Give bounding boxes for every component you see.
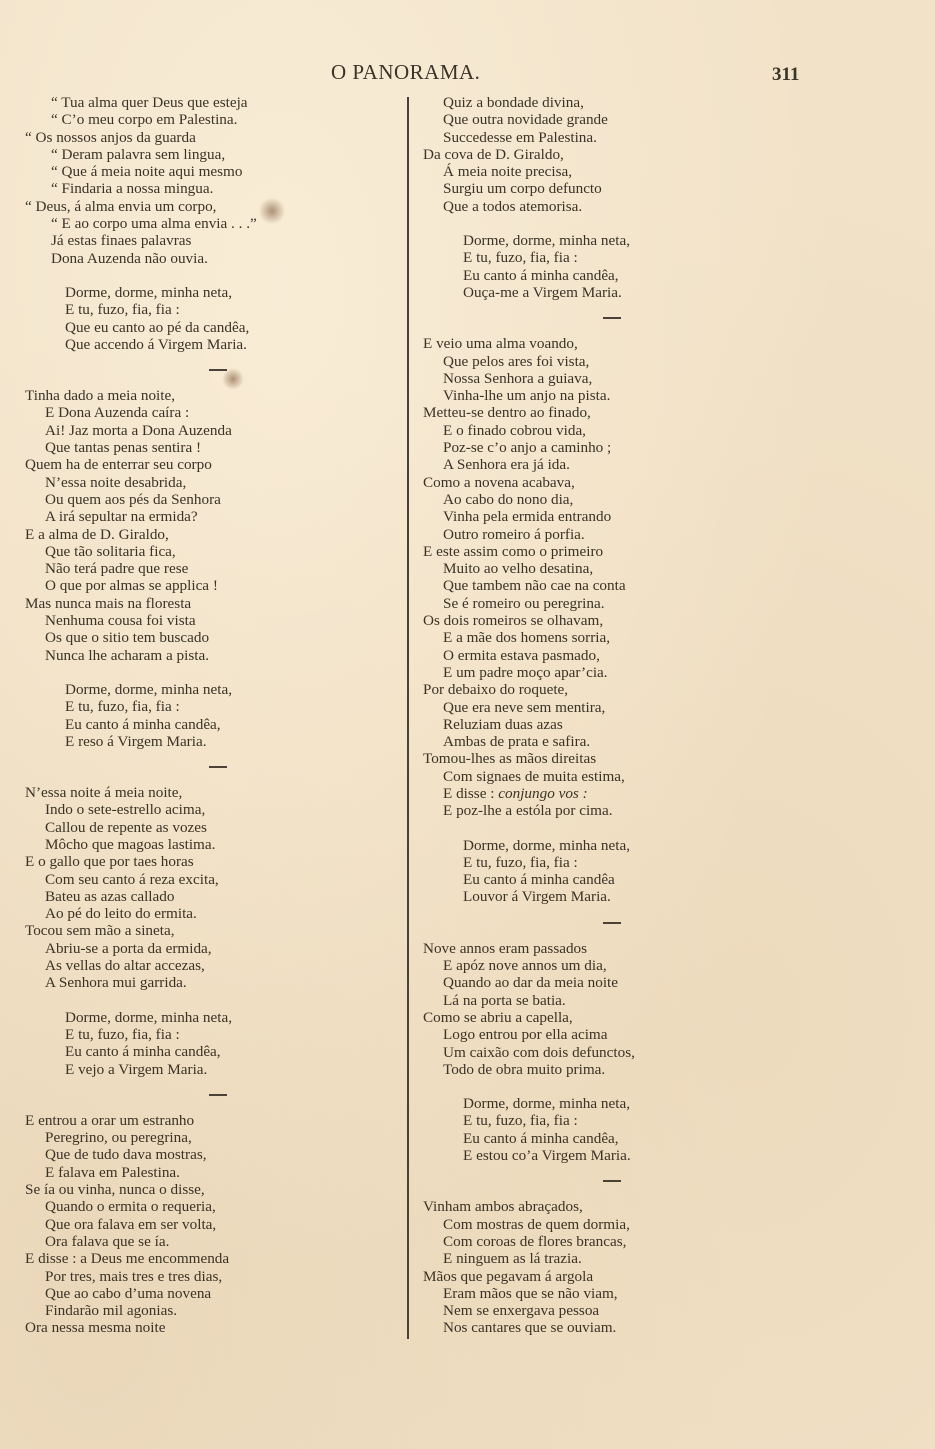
verse-text: Surgiu um corpo defuncto — [443, 180, 602, 197]
refrain-line: Eu canto á minha candêa, — [25, 716, 400, 733]
verse-text: E entrou a orar um estranho — [25, 1112, 194, 1129]
verse-line: “ C’o meu corpo em Palestina. — [25, 111, 400, 128]
verse-text: Á meia noite precisa, — [443, 163, 572, 180]
verse-line: E um padre moço apar’cia. — [423, 664, 823, 681]
verse-text: Que pelos ares foi vista, — [443, 353, 589, 370]
verse-text: Vinha-lhe um anjo na pista. — [443, 387, 610, 404]
verse-line: Por debaixo do roquete, — [423, 681, 823, 698]
verse-text: E o finado cobrou vida, — [443, 422, 586, 439]
verse-text: Nove annos eram passados — [423, 940, 587, 957]
verse-text: Nenhuma cousa foi vista — [45, 612, 196, 629]
verse-line: E o finado cobrou vida, — [423, 422, 823, 439]
verse-text: A Senhora mui garrida. — [45, 974, 187, 991]
verse-line: Um caixão com dois defunctos, — [423, 1044, 823, 1061]
verse-text: Muito ao velho desatina, — [443, 560, 593, 577]
verse-text: Que de tudo dava mostras, — [45, 1146, 207, 1163]
verse-line: Succedesse em Palestina. — [423, 129, 823, 146]
verse-text: Ai! Jaz morta a Dona Auzenda — [45, 422, 232, 439]
verse-line: “ E ao corpo uma alma envia . . .” — [25, 215, 400, 232]
verse-text: Ao pé do leito do ermita. — [45, 905, 197, 922]
verse-text: E disse : a Deus me encommenda — [25, 1250, 229, 1267]
refrain-line: Dorme, dorme, minha neta, — [25, 284, 400, 301]
verse-text: Eu canto á minha candêa, — [463, 1130, 619, 1147]
verse-text: E a alma de D. Giraldo, — [25, 526, 169, 543]
refrain-line: Eu canto á minha candêa, — [423, 1130, 823, 1147]
verse-line: E entrou a orar um estranho — [25, 1112, 400, 1129]
verse-text: Ambas de prata e safira. — [443, 733, 590, 750]
verse-line: Não terá padre que rese — [25, 560, 400, 577]
verse-text: Quando ao dar da meia noite — [443, 974, 618, 991]
running-head: O PANORAMA. — [331, 60, 480, 85]
verse-line: Eram mãos que se não viam, — [423, 1285, 823, 1302]
verse-line: O ermita estava pasmado, — [423, 647, 823, 664]
verse-line: Findarão mil agonias. — [25, 1302, 400, 1319]
refrain-line: Dorme, dorme, minha neta, — [25, 681, 400, 698]
verse-text: Dorme, dorme, minha neta, — [463, 232, 630, 249]
verse-line: Poz-se c’o anjo a caminho ; — [423, 439, 823, 456]
verse-text: Como se abriu a capella, — [423, 1009, 573, 1026]
refrain-line: Que accendo á Virgem Maria. — [25, 336, 400, 353]
verse-text: Que a todos atemorisa. — [443, 198, 582, 215]
verse-line: Os que o sitio tem buscado — [25, 629, 400, 646]
verse-line: Á meia noite precisa, — [423, 163, 823, 180]
verse-text: Já estas finaes palavras — [51, 232, 191, 249]
verse-text: Lá na porta se batia. — [443, 992, 566, 1009]
verse-line: Metteu-se dentro ao finado, — [423, 404, 823, 421]
refrain-line: Que eu canto ao pé da candêa, — [25, 319, 400, 336]
verse-line: Nenhuma cousa foi vista — [25, 612, 400, 629]
newspaper-page: O PANORAMA. 311 “ Tua alma quer Deus que… — [0, 0, 935, 1449]
verse-text: E Dona Auzenda caíra : — [45, 404, 189, 421]
verse-text: Nem se enxergava pessoa — [443, 1302, 599, 1319]
verse-text: E apóz nove annos um dia, — [443, 957, 607, 974]
verse-text: Ora nessa mesma noite — [25, 1319, 165, 1336]
verse-text: A Senhora era já ida. — [443, 456, 570, 473]
verse-text: E ninguem as lá trazia. — [443, 1250, 582, 1267]
verse-text: Ao cabo do nono dia, — [443, 491, 573, 508]
verse-line: Como a novena acabava, — [423, 474, 823, 491]
verse-text: Vinha pela ermida entrando — [443, 508, 611, 525]
refrain-line: Ouça-me a Virgem Maria. — [423, 284, 823, 301]
verse-text: Eu canto á minha candêa, — [65, 1043, 221, 1060]
verse-text: Nos cantares que se ouviam. — [443, 1319, 616, 1336]
verse-text: Que tambem não cae na conta — [443, 577, 626, 594]
verse-line: Todo de obra muito prima. — [423, 1061, 823, 1078]
verse-line: “ Deram palavra sem lingua, — [25, 146, 400, 163]
verse-text: Metteu-se dentro ao finado, — [423, 404, 591, 421]
verse-text: N’essa noite á meia noite, — [25, 784, 182, 801]
refrain-line: E tu, fuzo, fia, fia : — [25, 1026, 400, 1043]
verse-text: Dorme, dorme, minha neta, — [65, 681, 232, 698]
verse-line: Tocou sem mão a sineta, — [25, 922, 400, 939]
verse-text: E tu, fuzo, fia, fia : — [463, 1112, 578, 1129]
verse-line: Bateu as azas callado — [25, 888, 400, 905]
verse-text: Que eu canto ao pé da candêa, — [65, 319, 249, 336]
verse-text: Por tres, mais tres e tres dias, — [45, 1268, 222, 1285]
verse-text: Outro romeiro á porfia. — [443, 526, 585, 543]
verse-text: Nossa Senhora a guiava, — [443, 370, 592, 387]
verse-text: Ou quem aos pés da Senhora — [45, 491, 221, 508]
verse-line: Dona Auzenda não ouvia. — [25, 250, 400, 267]
refrain-line: Dorme, dorme, minha neta, — [423, 1095, 823, 1112]
left-column: “ Tua alma quer Deus que esteja“ C’o meu… — [25, 94, 400, 1337]
section-separator-rule — [423, 1164, 823, 1198]
verse-text: E um padre moço apar’cia. — [443, 664, 608, 681]
verse-line: As vellas do altar accezas, — [25, 957, 400, 974]
refrain-line: E reso á Virgem Maria. — [25, 733, 400, 750]
verse-line: Que outra novidade grande — [423, 111, 823, 128]
verse-text: “ C’o meu corpo em Palestina. — [51, 111, 237, 128]
verse-line: “ Findaria a nossa mingua. — [25, 180, 400, 197]
verse-line: Que tantas penas sentira ! — [25, 439, 400, 456]
verse-line: Com coroas de flores brancas, — [423, 1233, 823, 1250]
verse-line: A Senhora mui garrida. — [25, 974, 400, 991]
verse-text: Tinha dado a meia noite, — [25, 387, 175, 404]
verse-text: “ E ao corpo uma alma envia . . .” — [51, 215, 257, 232]
verse-text: Dorme, dorme, minha neta, — [463, 1095, 630, 1112]
verse-line: Vinha-lhe um anjo na pista. — [423, 387, 823, 404]
verse-text: Que outra novidade grande — [443, 111, 608, 128]
verse-text: E tu, fuzo, fia, fia : — [65, 698, 180, 715]
verse-text: “ Os nossos anjos da guarda — [25, 129, 196, 146]
verse-line: Já estas finaes palavras — [25, 232, 400, 249]
verse-line: “ Tua alma quer Deus que esteja — [25, 94, 400, 111]
verse-line: Que de tudo dava mostras, — [25, 1146, 400, 1163]
verse-text: Ora falava que se ía. — [45, 1233, 169, 1250]
verse-text: Succedesse em Palestina. — [443, 129, 597, 146]
refrain-line: Louvor á Virgem Maria. — [423, 888, 823, 905]
verse-text: Com mostras de quem dormia, — [443, 1216, 630, 1233]
verse-line: Indo o sete-estrello acima, — [25, 801, 400, 818]
stanza-gap — [25, 992, 400, 1009]
verse-line: Muito ao velho desatina, — [423, 560, 823, 577]
verse-text: A irá sepultar na ermida? — [45, 508, 198, 525]
verse-line: A irá sepultar na ermida? — [25, 508, 400, 525]
verse-line: O que por almas se applica ! — [25, 577, 400, 594]
verse-line: E a mãe dos homens sorria, — [423, 629, 823, 646]
verse-line: Quando o ermita o requeria, — [25, 1198, 400, 1215]
verse-text: Poz-se c’o anjo a caminho ; — [443, 439, 611, 456]
verse-line: Outro romeiro á porfia. — [423, 526, 823, 543]
verse-line: E veio uma alma voando, — [423, 335, 823, 352]
verse-line: E disse : conjungo vos : — [423, 785, 823, 802]
verse-line: Que era neve sem mentira, — [423, 699, 823, 716]
verse-text: Tomou-lhes as mãos direitas — [423, 750, 596, 767]
stanza-gap — [25, 664, 400, 681]
refrain-line: E tu, fuzo, fia, fia : — [423, 249, 823, 266]
verse-line: Se ía ou vinha, nunca o disse, — [25, 1181, 400, 1198]
refrain-line: E tu, fuzo, fia, fia : — [25, 301, 400, 318]
verse-text: Dorme, dorme, minha neta, — [463, 837, 630, 854]
refrain-line: E vejo a Virgem Maria. — [25, 1061, 400, 1078]
verse-text: Com signaes de muita estima, — [443, 768, 625, 785]
verse-text: E a mãe dos homens sorria, — [443, 629, 610, 646]
verse-line: Se é romeiro ou peregrina. — [423, 595, 823, 612]
verse-text: Não terá padre que rese — [45, 560, 188, 577]
verse-text: Indo o sete-estrello acima, — [45, 801, 205, 818]
verse-line: Tinha dado a meia noite, — [25, 387, 400, 404]
latin-phrase: conjungo vos : — [498, 785, 587, 802]
verse-line: Ao pé do leito do ermita. — [25, 905, 400, 922]
verse-text: O que por almas se applica ! — [45, 577, 218, 594]
verse-text: Se é romeiro ou peregrina. — [443, 595, 605, 612]
verse-text: Que ora falava em ser volta, — [45, 1216, 216, 1233]
verse-text: E tu, fuzo, fia, fia : — [463, 854, 578, 871]
refrain-line: Dorme, dorme, minha neta, — [25, 1009, 400, 1026]
refrain-line: Dorme, dorme, minha neta, — [423, 232, 823, 249]
verse-text: Findarão mil agonias. — [45, 1302, 177, 1319]
verse-line: E Dona Auzenda caíra : — [25, 404, 400, 421]
verse-text: Com seu canto á reza excita, — [45, 871, 219, 888]
verse-text: E o gallo que por taes horas — [25, 853, 194, 870]
verse-text: Que tão solitaria fica, — [45, 543, 176, 560]
verse-text: Todo de obra muito prima. — [443, 1061, 605, 1078]
verse-text: E tu, fuzo, fia, fia : — [463, 249, 578, 266]
verse-text: Que tantas penas sentira ! — [45, 439, 201, 456]
page-number: 311 — [772, 64, 799, 86]
verse-text: E tu, fuzo, fia, fia : — [65, 1026, 180, 1043]
verse-line: Mas nunca mais na floresta — [25, 595, 400, 612]
verse-line: Vinha pela ermida entrando — [423, 508, 823, 525]
verse-line: Callou de repente as vozes — [25, 819, 400, 836]
verse-line: Peregrino, ou peregrina, — [25, 1129, 400, 1146]
verse-text: Dona Auzenda não ouvia. — [51, 250, 208, 267]
verse-text: Que accendo á Virgem Maria. — [65, 336, 247, 353]
verse-text: Mas nunca mais na floresta — [25, 595, 191, 612]
verse-text: “ Tua alma quer Deus que esteja — [51, 94, 248, 111]
verse-text: “ Que á meia noite aqui mesmo — [51, 163, 242, 180]
verse-line: Como se abriu a capella, — [423, 1009, 823, 1026]
verse-line: “ Os nossos anjos da guarda — [25, 129, 400, 146]
verse-line: Com mostras de quem dormia, — [423, 1216, 823, 1233]
verse-line: Nossa Senhora a guiava, — [423, 370, 823, 387]
verse-line: Nem se enxergava pessoa — [423, 1302, 823, 1319]
verse-line: Que pelos ares foi vista, — [423, 353, 823, 370]
verse-text: O ermita estava pasmado, — [443, 647, 600, 664]
verse-line: Ai! Jaz morta a Dona Auzenda — [25, 422, 400, 439]
verse-text: Os que o sitio tem buscado — [45, 629, 209, 646]
verse-line: E a alma de D. Giraldo, — [25, 526, 400, 543]
verse-text: Por debaixo do roquete, — [423, 681, 568, 698]
verse-text: Bateu as azas callado — [45, 888, 174, 905]
verse-line: Ora falava que se ía. — [25, 1233, 400, 1250]
verse-text: Com coroas de flores brancas, — [443, 1233, 626, 1250]
verse-text: E veio uma alma voando, — [423, 335, 578, 352]
verse-line: Nunca lhe acharam a pista. — [25, 647, 400, 664]
verse-text: “ Findaria a nossa mingua. — [51, 180, 213, 197]
verse-text: Eu canto á minha candêa — [463, 871, 615, 888]
verse-line: Quando ao dar da meia noite — [423, 974, 823, 991]
verse-line: Com signaes de muita estima, — [423, 768, 823, 785]
verse-text: E reso á Virgem Maria. — [65, 733, 207, 750]
verse-line: Os dois romeiros se olhavam, — [423, 612, 823, 629]
verse-text: Mãos que pegavam á argola — [423, 1268, 593, 1285]
verse-text: Peregrino, ou peregrina, — [45, 1129, 192, 1146]
verse-text: Da cova de D. Giraldo, — [423, 146, 564, 163]
verse-line: Que a todos atemorisa. — [423, 198, 823, 215]
verse-text: Nunca lhe acharam a pista. — [45, 647, 209, 664]
verse-text: Que ao cabo d’uma novena — [45, 1285, 211, 1302]
verse-line: Lá na porta se batia. — [423, 992, 823, 1009]
verse-line: Nove annos eram passados — [423, 940, 823, 957]
verse-line: E poz-lhe a estóla por cima. — [423, 802, 823, 819]
verse-line: N’essa noite desabrida, — [25, 474, 400, 491]
verse-line: Que ao cabo d’uma novena — [25, 1285, 400, 1302]
verse-text: Callou de repente as vozes — [45, 819, 207, 836]
refrain-line: Dorme, dorme, minha neta, — [423, 837, 823, 854]
verse-line: Que tambem não cae na conta — [423, 577, 823, 594]
verse-line: Ou quem aos pés da Senhora — [25, 491, 400, 508]
refrain-line: Eu canto á minha candêa, — [423, 267, 823, 284]
section-separator-rule — [423, 906, 823, 940]
verse-line: Com seu canto á reza excita, — [25, 871, 400, 888]
verse-text: Logo entrou por ella acima — [443, 1026, 607, 1043]
verse-text: E estou co’a Virgem Maria. — [463, 1147, 631, 1164]
verse-line: “ Deus, á alma envia um corpo, — [25, 198, 400, 215]
refrain-line: E tu, fuzo, fia, fia : — [25, 698, 400, 715]
stanza-gap — [25, 267, 400, 284]
stanza-gap — [423, 820, 823, 837]
refrain-line: Eu canto á minha candêa, — [25, 1043, 400, 1060]
verse-line: E disse : a Deus me encommenda — [25, 1250, 400, 1267]
verse-line: Ambas de prata e safira. — [423, 733, 823, 750]
verse-text: “ Deram palavra sem lingua, — [51, 146, 225, 163]
verse-line: Surgiu um corpo defuncto — [423, 180, 823, 197]
verse-line: Da cova de D. Giraldo, — [423, 146, 823, 163]
verse-line: E falava em Palestina. — [25, 1164, 400, 1181]
verse-line: E o gallo que por taes horas — [25, 853, 400, 870]
verse-line: E apóz nove annos um dia, — [423, 957, 823, 974]
verse-text: Môcho que magoas lastima. — [45, 836, 215, 853]
verse-text: Eu canto á minha candêa, — [463, 267, 619, 284]
refrain-line: Eu canto á minha candêa — [423, 871, 823, 888]
verse-line: E este assim como o primeiro — [423, 543, 823, 560]
verse-line: Que ora falava em ser volta, — [25, 1216, 400, 1233]
verse-text: Ouça-me a Virgem Maria. — [463, 284, 622, 301]
verse-line: Por tres, mais tres e tres dias, — [25, 1268, 400, 1285]
refrain-line: E tu, fuzo, fia, fia : — [423, 1112, 823, 1129]
verse-text: Dorme, dorme, minha neta, — [65, 284, 232, 301]
stanza-gap — [423, 1078, 823, 1095]
verse-text: Que era neve sem mentira, — [443, 699, 605, 716]
verse-line: Môcho que magoas lastima. — [25, 836, 400, 853]
verse-text: “ Deus, á alma envia um corpo, — [25, 198, 216, 215]
verse-line: N’essa noite á meia noite, — [25, 784, 400, 801]
section-separator-rule — [25, 750, 400, 784]
verse-line: Nos cantares que se ouviam. — [423, 1319, 823, 1336]
verse-text: Dorme, dorme, minha neta, — [65, 1009, 232, 1026]
verse-text: E poz-lhe a estóla por cima. — [443, 802, 613, 819]
verse-text: Quando o ermita o requeria, — [45, 1198, 216, 1215]
verse-line: E ninguem as lá trazia. — [423, 1250, 823, 1267]
verse-line: Tomou-lhes as mãos direitas — [423, 750, 823, 767]
verse-line: Quiz a bondade divina, — [423, 94, 823, 111]
section-separator-rule — [423, 301, 823, 335]
verse-line: Ao cabo do nono dia, — [423, 491, 823, 508]
verse-text: Como a novena acabava, — [423, 474, 575, 491]
verse-text: E vejo a Virgem Maria. — [65, 1061, 207, 1078]
refrain-line: E tu, fuzo, fia, fia : — [423, 854, 823, 871]
verse-text: Louvor á Virgem Maria. — [463, 888, 611, 905]
verse-line: Logo entrou por ella acima — [423, 1026, 823, 1043]
verse-line: Que tão solitaria fica, — [25, 543, 400, 560]
section-separator-rule — [25, 353, 400, 387]
verse-line: Vinham ambos abraçados, — [423, 1198, 823, 1215]
verse-text: Se ía ou vinha, nunca o disse, — [25, 1181, 205, 1198]
verse-line: Ora nessa mesma noite — [25, 1319, 400, 1336]
refrain-line: E estou co’a Virgem Maria. — [423, 1147, 823, 1164]
verse-text: Abriu-se a porta da ermida, — [45, 940, 212, 957]
verse-text: N’essa noite desabrida, — [45, 474, 186, 491]
right-column: Quiz a bondade divina,Que outra novidade… — [423, 94, 823, 1337]
section-separator-rule — [25, 1078, 400, 1112]
verse-line: Mãos que pegavam á argola — [423, 1268, 823, 1285]
verse-line: Reluziam duas azas — [423, 716, 823, 733]
verse-text: Os dois romeiros se olhavam, — [423, 612, 603, 629]
stanza-gap — [423, 215, 823, 232]
verse-text: Eu canto á minha candêa, — [65, 716, 221, 733]
verse-text: E tu, fuzo, fia, fia : — [65, 301, 180, 318]
verse-text: Um caixão com dois defunctos, — [443, 1044, 635, 1061]
verse-line: “ Que á meia noite aqui mesmo — [25, 163, 400, 180]
verse-text: E disse : — [443, 785, 498, 802]
verse-text: Reluziam duas azas — [443, 716, 563, 733]
verse-text: E este assim como o primeiro — [423, 543, 603, 560]
verse-line: Quem ha de enterrar seu corpo — [25, 456, 400, 473]
verse-text: As vellas do altar accezas, — [45, 957, 205, 974]
verse-text: Quiz a bondade divina, — [443, 94, 584, 111]
verse-line: Abriu-se a porta da ermida, — [25, 940, 400, 957]
verse-text: E falava em Palestina. — [45, 1164, 180, 1181]
verse-text: Quem ha de enterrar seu corpo — [25, 456, 212, 473]
verse-text: Tocou sem mão a sineta, — [25, 922, 175, 939]
verse-line: A Senhora era já ida. — [423, 456, 823, 473]
verse-text: Eram mãos que se não viam, — [443, 1285, 618, 1302]
verse-text: Vinham ambos abraçados, — [423, 1198, 583, 1215]
column-divider — [407, 97, 409, 1339]
